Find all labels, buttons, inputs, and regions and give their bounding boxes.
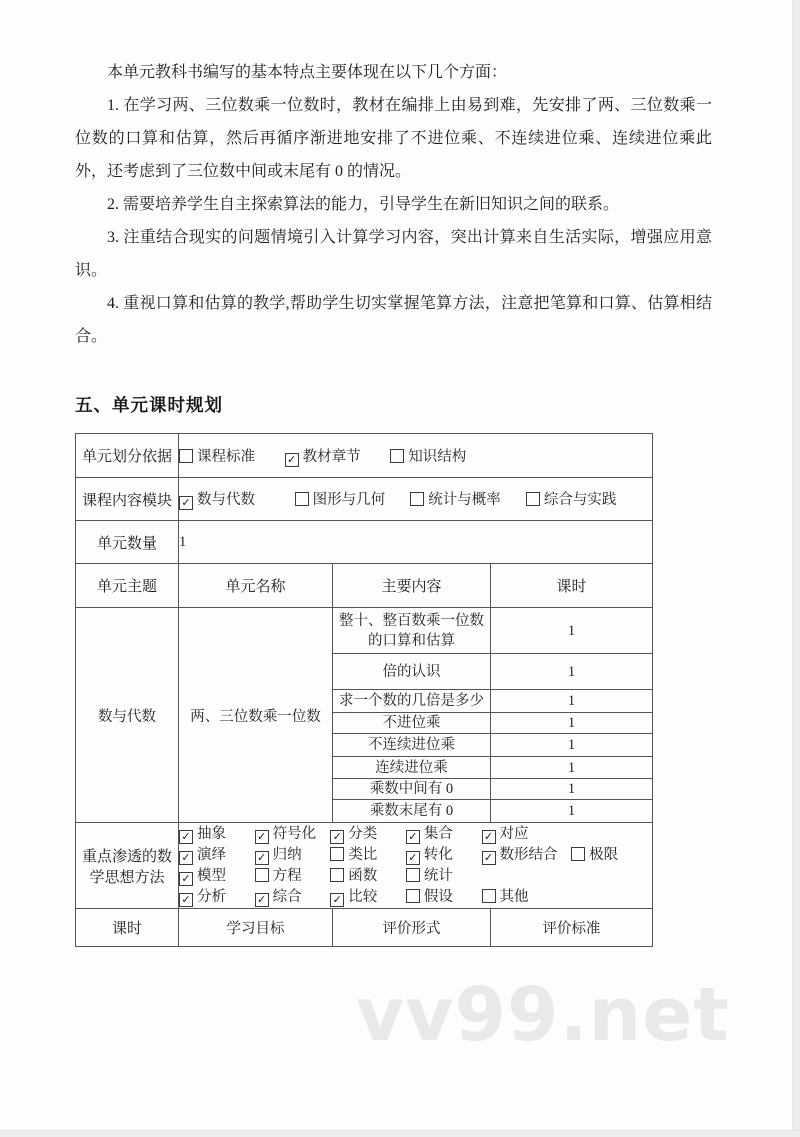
paragraph: 4. 重视口算和估算的教学,帮助学生切实掌握笔算方法，注意把笔算和口算、估算相结…: [75, 287, 712, 353]
checkbox-icon: [330, 868, 344, 882]
checkbox-option: 方程: [255, 866, 317, 887]
table-row: 重点渗透的数学思想方法 ✓抽象 ✓符号化 ✓分类 ✓集合 ✓对应 ✓演绎 ✓归纳…: [76, 823, 653, 909]
lesson-content: 整十、整百数乘一位数的口算和估算: [333, 608, 491, 654]
checkbox-option: 知识结构: [390, 445, 480, 466]
checkbox-option: 图形与几何: [295, 488, 395, 509]
lesson-content: 不连续进位乘: [333, 734, 491, 757]
row-label: 单元数量: [76, 521, 179, 564]
checkbox-label: 其他: [500, 889, 529, 905]
table-header-row: 单元主题 单元名称 主要内容 课时: [76, 564, 653, 608]
checkbox-option: ✓转化: [406, 845, 468, 866]
footer-eval-standard-label: 评价标准: [491, 909, 653, 947]
document-page: 本单元教科书编写的基本特点主要体现在以下几个方面： 1. 在学习两、三位数乘一位…: [0, 0, 800, 1137]
unit-theme-cell: 数与代数: [76, 608, 179, 823]
checkbox-icon: [526, 492, 540, 506]
lesson-content: 倍的认识: [333, 654, 491, 690]
column-header: 单元名称: [179, 564, 333, 608]
table-row: 课程内容模块 ✓数与代数 图形与几何 统计与概率 综合与实践: [76, 478, 653, 521]
methods-line: ✓分析 ✓综合 ✓比较 假设 其他: [179, 887, 652, 908]
checkbox-option: 课程标准: [179, 445, 269, 466]
checkbox-option: ✓比较: [330, 887, 392, 908]
checkbox-option: ✓抽象: [179, 824, 241, 845]
checkbox-label: 抽象: [197, 826, 226, 842]
lesson-hours: 1: [491, 800, 653, 823]
checkbox-icon: [410, 492, 424, 506]
paragraph: 本单元教科书编写的基本特点主要体现在以下几个方面：: [75, 56, 712, 89]
checkbox-option: ✓数与代数: [179, 488, 279, 510]
checkbox-icon: ✓: [179, 872, 193, 886]
checkbox-label: 极限: [589, 847, 618, 863]
methods-line: ✓演绎 ✓归纳 类比 ✓转化 ✓数形结合 极限: [179, 845, 652, 866]
checkbox-option: 极限: [571, 845, 633, 866]
table-footer-row: 课时 学习目标 评价形式 评价标准: [76, 909, 653, 947]
checkbox-option: ✓集合: [406, 824, 468, 845]
intro-paragraphs: 本单元教科书编写的基本特点主要体现在以下几个方面： 1. 在学习两、三位数乘一位…: [75, 56, 712, 353]
checkbox-label: 知识结构: [408, 449, 466, 465]
column-header: 单元主题: [76, 564, 179, 608]
footer-goals-label: 学习目标: [179, 909, 333, 947]
checkbox-icon: ✓: [482, 830, 496, 844]
checkbox-option: ✓符号化: [255, 824, 317, 845]
checkbox-label: 统计: [424, 868, 453, 884]
checkbox-label: 分类: [348, 826, 377, 842]
checkbox-label: 教材章节: [303, 449, 361, 465]
checkbox-option: ✓分析: [179, 887, 241, 908]
checkbox-label: 转化: [424, 847, 453, 863]
checkbox-icon: ✓: [285, 453, 299, 467]
checkbox-label: 综合: [273, 889, 302, 905]
checkbox-icon: [179, 449, 193, 463]
row-label: 单元划分依据: [76, 434, 179, 478]
checkbox-icon: ✓: [255, 893, 269, 907]
footer-eval-form-label: 评价形式: [333, 909, 491, 947]
checkbox-icon: ✓: [482, 851, 496, 865]
math-methods-options: ✓抽象 ✓符号化 ✓分类 ✓集合 ✓对应 ✓演绎 ✓归纳 类比 ✓转化 ✓数形结…: [179, 823, 653, 909]
lesson-hours: 1: [491, 734, 653, 757]
checkbox-icon: [482, 889, 496, 903]
checkbox-label: 统计与概率: [428, 492, 501, 508]
checkbox-option: 类比: [330, 845, 392, 866]
table-row: 单元数量 1: [76, 521, 653, 564]
checkbox-label: 综合与实践: [544, 492, 617, 508]
checkbox-icon: [571, 847, 585, 861]
section-heading: 五、单元课时规划: [75, 392, 223, 417]
checkbox-label: 数与代数: [197, 492, 255, 508]
checkbox-icon: ✓: [179, 830, 193, 844]
checkbox-icon: ✓: [330, 893, 344, 907]
row-label: 重点渗透的数学思想方法: [76, 823, 179, 909]
checkbox-label: 演绎: [197, 847, 226, 863]
checkbox-label: 数形结合: [500, 847, 558, 863]
lesson-hours: 1: [491, 779, 653, 800]
checkbox-icon: [255, 868, 269, 882]
checkbox-icon: [406, 889, 420, 903]
checkbox-label: 模型: [197, 868, 226, 884]
column-header: 主要内容: [333, 564, 491, 608]
checkbox-icon: ✓: [406, 830, 420, 844]
checkbox-icon: ✓: [255, 851, 269, 865]
checkbox-option: ✓演绎: [179, 845, 241, 866]
checkbox-label: 分析: [197, 889, 226, 905]
checkbox-option: ✓分类: [330, 824, 392, 845]
lesson-content: 连续进位乘: [333, 757, 491, 779]
checkbox-option: 函数: [330, 866, 392, 887]
lesson-hours: 1: [491, 654, 653, 690]
checkbox-option: 统计与概率: [410, 488, 510, 509]
table-row: 单元划分依据 课程标准 ✓教材章节 知识结构: [76, 434, 653, 478]
checkbox-option: 其他: [482, 887, 544, 908]
watermark: vv99.net: [356, 972, 730, 1058]
paragraph: 3. 注重结合现实的问题情境引入计算学习内容，突出计算来自生活实际，增强应用意识…: [75, 221, 712, 287]
lesson-content: 乘数末尾有 0: [333, 800, 491, 823]
checkbox-option: ✓归纳: [255, 845, 317, 866]
checkbox-option: 假设: [406, 887, 468, 908]
checkbox-label: 比较: [348, 889, 377, 905]
content-module-options: ✓数与代数 图形与几何 统计与概率 综合与实践: [179, 478, 653, 521]
unit-basis-options: 课程标准 ✓教材章节 知识结构: [179, 434, 653, 478]
lesson-content: 求一个数的几倍是多少: [333, 690, 491, 713]
unit-count-value: 1: [179, 521, 653, 564]
checkbox-option: ✓数形结合: [482, 845, 558, 866]
footer-hours-label: 课时: [76, 909, 179, 947]
checkbox-label: 课程标准: [197, 449, 255, 465]
checkbox-icon: [295, 492, 309, 506]
checkbox-label: 方程: [273, 868, 302, 884]
checkbox-label: 符号化: [273, 826, 317, 842]
checkbox-option: 统计: [406, 866, 468, 887]
checkbox-label: 假设: [424, 889, 453, 905]
checkbox-icon: ✓: [179, 496, 193, 510]
lesson-content: 乘数中间有 0: [333, 779, 491, 800]
lesson-hours: 1: [491, 757, 653, 779]
lesson-hours: 1: [491, 608, 653, 654]
unit-name-cell: 两、三位数乘一位数: [179, 608, 333, 823]
unit-plan-table: 单元划分依据 课程标准 ✓教材章节 知识结构 课程内容模块 ✓数与代数 图形与几…: [75, 433, 653, 947]
checkbox-icon: ✓: [179, 893, 193, 907]
checkbox-label: 归纳: [273, 847, 302, 863]
checkbox-label: 类比: [348, 847, 377, 863]
checkbox-icon: ✓: [330, 830, 344, 844]
checkbox-label: 函数: [348, 868, 377, 884]
checkbox-icon: [390, 449, 404, 463]
checkbox-icon: ✓: [255, 830, 269, 844]
lesson-content: 不进位乘: [333, 713, 491, 734]
checkbox-icon: ✓: [179, 851, 193, 865]
checkbox-icon: [330, 847, 344, 861]
methods-line: ✓模型 方程 函数 统计: [179, 866, 652, 887]
checkbox-option: ✓对应: [482, 824, 544, 845]
checkbox-icon: [406, 868, 420, 882]
checkbox-label: 图形与几何: [313, 492, 386, 508]
checkbox-label: 对应: [500, 826, 529, 842]
checkbox-option: 综合与实践: [526, 488, 626, 509]
checkbox-option: ✓教材章节: [285, 445, 375, 467]
page-right-edge: [792, 0, 800, 1137]
paragraph: 2. 需要培养学生自主探索算法的能力，引导学生在新旧知识之间的联系。: [75, 188, 712, 221]
checkbox-option: ✓综合: [255, 887, 317, 908]
checkbox-label: 集合: [424, 826, 453, 842]
lesson-row: 数与代数 两、三位数乘一位数 整十、整百数乘一位数的口算和估算 1: [76, 608, 653, 654]
lesson-hours: 1: [491, 713, 653, 734]
methods-line: ✓抽象 ✓符号化 ✓分类 ✓集合 ✓对应: [179, 824, 652, 845]
paragraph: 1. 在学习两、三位数乘一位数时，教材在编排上由易到难，先安排了两、三位数乘一位…: [75, 89, 712, 188]
page-bottom-edge: [0, 1130, 800, 1137]
row-label: 课程内容模块: [76, 478, 179, 521]
checkbox-option: ✓模型: [179, 866, 241, 887]
column-header: 课时: [491, 564, 653, 608]
lesson-hours: 1: [491, 690, 653, 713]
checkbox-icon: ✓: [406, 851, 420, 865]
